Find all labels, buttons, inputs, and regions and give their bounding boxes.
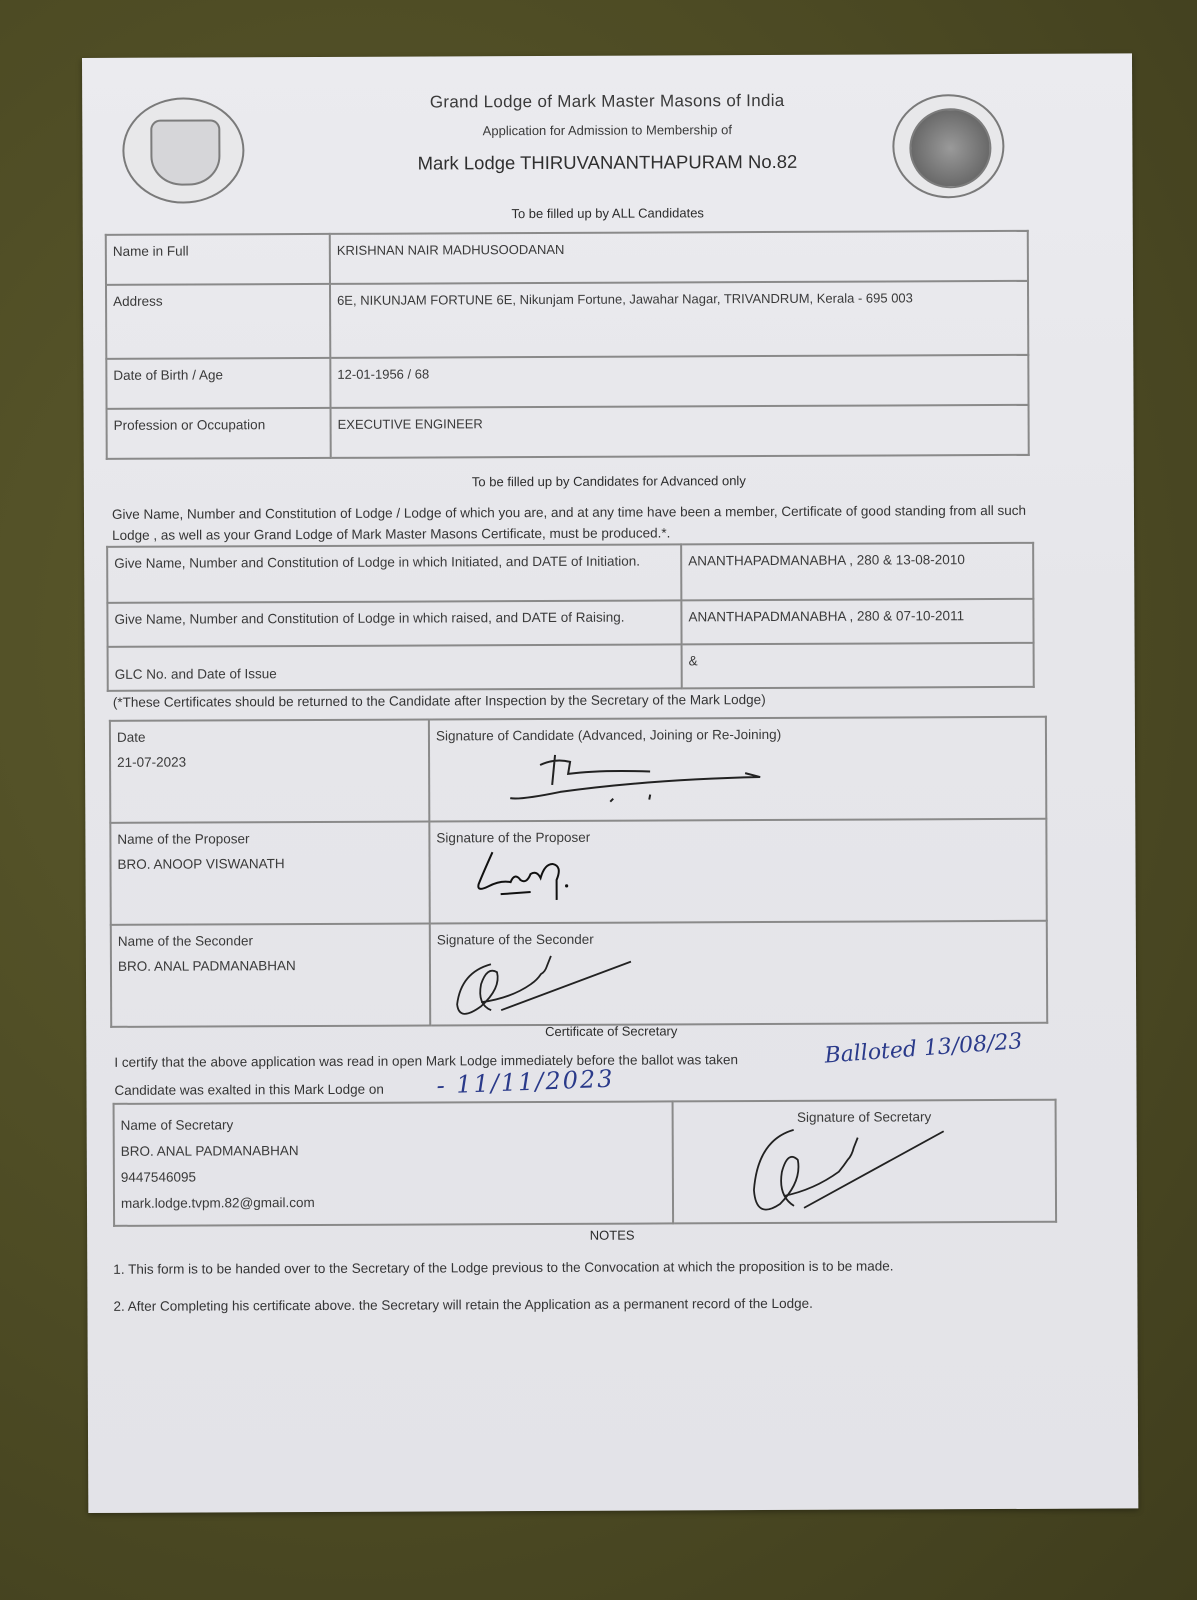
application-form-page: Grand Lodge of Mark Master Masons of Ind… [82, 53, 1138, 1513]
notes-title: NOTES [87, 1225, 1137, 1245]
occupation-field: EXECUTIVE ENGINEER [331, 405, 1029, 458]
table-row: GLC No. and Date of Issue & [108, 643, 1034, 691]
lodge-title: Mark Lodge THIRUVANANTHAPURAM No.82 [82, 149, 1132, 176]
table-row: Name of the Proposer BRO. ANOOP VISWANAT… [110, 819, 1046, 925]
proposer-label: Name of the Proposer [117, 831, 249, 847]
initiation-field: ANANTHAPADMANABHA , 280 & 13-08-2010 [681, 543, 1033, 601]
raising-field: ANANTHAPADMANABHA , 280 & 07-10-2011 [681, 599, 1033, 645]
field-label: Profession or Occupation [107, 408, 331, 459]
field-label: Date of Birth / Age [106, 358, 330, 409]
exalted-date-handwritten: - 11/11/2023 [436, 1065, 615, 1100]
table-row: Give Name, Number and Constitution of Lo… [107, 599, 1033, 647]
table-row: Date 21-07-2023 Signature of Candidate (… [110, 717, 1046, 823]
secretary-name: BRO. ANAL PADMANABHAN [121, 1136, 666, 1164]
section-all-title: To be filled up by ALL Candidates [83, 203, 1133, 223]
candidate-signature-label: Signature of Candidate (Advanced, Joinin… [436, 727, 781, 744]
section-advanced-title: To be filled up by Candidates for Advanc… [84, 471, 1134, 491]
candidate-signature-icon [500, 749, 780, 810]
secretary-label: Name of Secretary [121, 1110, 666, 1138]
proposer-signature-icon [470, 844, 590, 907]
table-row: Name of the Seconder BRO. ANAL PADMANABH… [111, 921, 1047, 1027]
candidate-details-table: Name in Full KRISHNAN NAIR MADHUSOODANAN… [105, 230, 1030, 460]
proposer-name: BRO. ANOOP VISWANATH [117, 856, 422, 872]
field-label: Name in Full [106, 234, 330, 285]
seconder-label: Name of the Seconder [118, 933, 253, 949]
field-label: Give Name, Number and Constitution of Lo… [107, 600, 681, 647]
secretary-phone: 9447546095 [121, 1162, 666, 1190]
field-label: GLC No. and Date of Issue [108, 644, 682, 691]
table-row: Date of Birth / Age 12-01-1956 / 68 [106, 355, 1028, 409]
temple-tower-emblem [909, 108, 991, 188]
table-row: Name of Secretary BRO. ANAL PADMANABHAN … [114, 1100, 1057, 1226]
signatures-table: Date 21-07-2023 Signature of Candidate (… [109, 716, 1048, 1028]
secretary-signature-icon [744, 1119, 964, 1220]
name-field: KRISHNAN NAIR MADHUSOODANAN [330, 231, 1028, 284]
date-value: 21-07-2023 [117, 754, 422, 770]
advanced-instructions: Give Name, Number and Constitution of Lo… [112, 500, 1032, 546]
secretary-table: Name of Secretary BRO. ANAL PADMANABHAN … [113, 1099, 1058, 1227]
certificate-statement: I certify that the above application was… [114, 1052, 738, 1070]
certificates-footnote: (*These Certificates should be returned … [113, 692, 766, 710]
seconder-name: BRO. ANAL PADMANABHAN [118, 958, 423, 974]
table-row: Profession or Occupation EXECUTIVE ENGIN… [107, 405, 1029, 459]
exalted-statement: Candidate was exalted in this Mark Lodge… [114, 1082, 383, 1098]
dob-age-field: 12-01-1956 / 68 [330, 355, 1028, 408]
table-row: Address 6E, NIKUNJAM FORTUNE 6E, Nikunja… [106, 281, 1028, 359]
secretary-email: mark.lodge.tvpm.82@gmail.com [121, 1188, 666, 1216]
address-field: 6E, NIKUNJAM FORTUNE 6E, Nikunjam Fortun… [330, 281, 1028, 358]
date-label: Date [117, 730, 146, 745]
lodge-history-table: Give Name, Number and Constitution of Lo… [106, 542, 1035, 692]
glc-field: & [682, 643, 1034, 689]
seconder-signature-icon [451, 944, 651, 1025]
note-item: 2. After Completing his certificate abov… [113, 1296, 812, 1314]
table-row: Name in Full KRISHNAN NAIR MADHUSOODANAN [106, 231, 1028, 285]
field-label: Address [106, 284, 330, 359]
field-label: Give Name, Number and Constitution of Lo… [107, 544, 681, 603]
note-item: 1. This form is to be handed over to the… [113, 1258, 893, 1276]
table-row: Give Name, Number and Constitution of Lo… [107, 543, 1033, 603]
